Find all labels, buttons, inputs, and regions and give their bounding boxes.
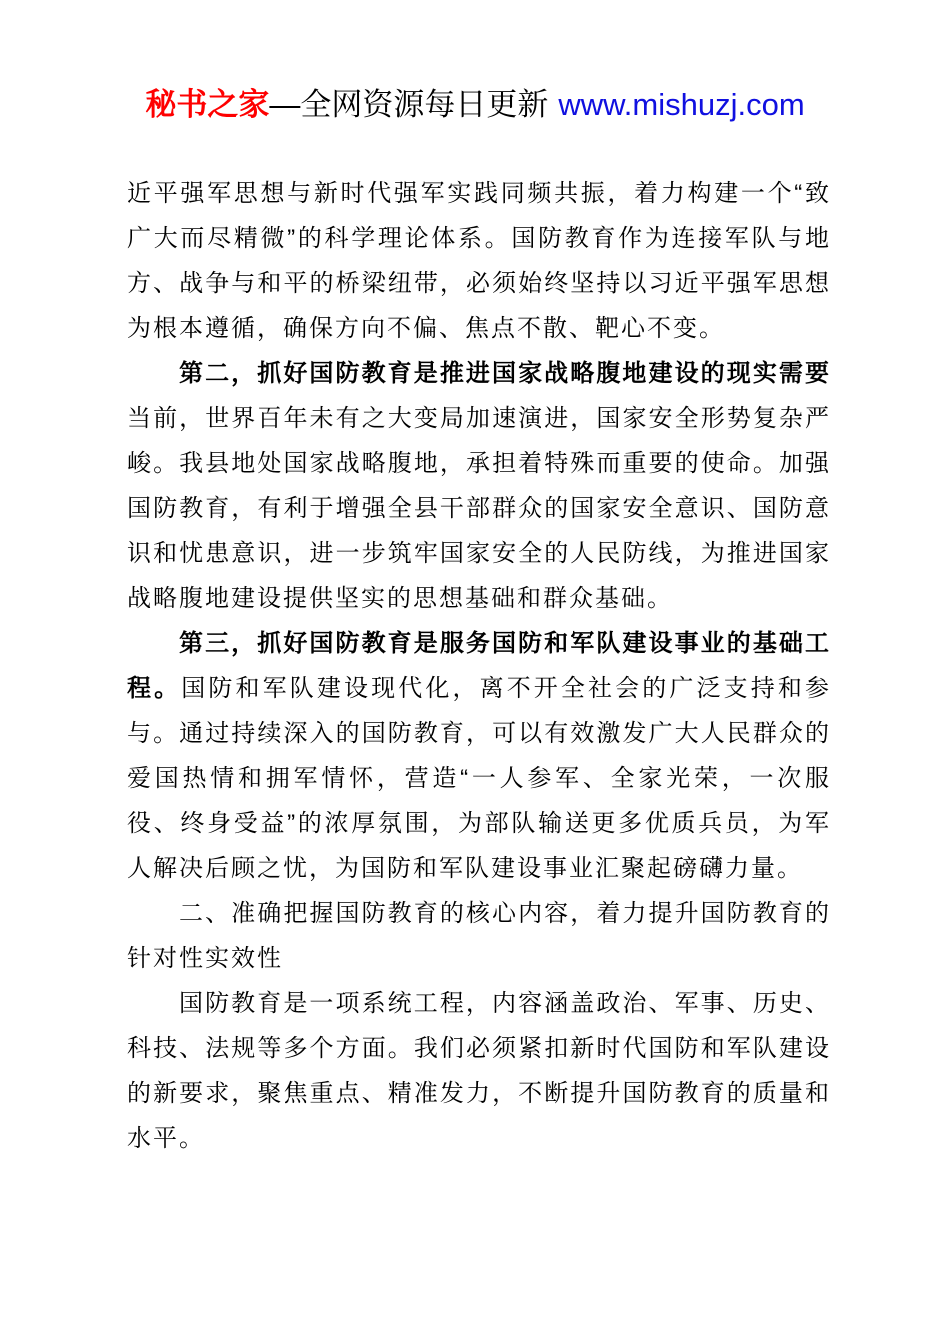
paragraph: 近平强军思想与新时代强军实践同频共振，着力构建一个“致广大而尽精微”的科学理论体…: [127, 171, 831, 351]
site-tagline: —全网资源每日更新: [269, 87, 548, 122]
site-header: 秘书之家—全网资源每日更新www.mishuzj.com: [0, 0, 950, 124]
document-page: 秘书之家—全网资源每日更新www.mishuzj.com 近平强军思想与新时代强…: [0, 0, 950, 1344]
paragraph: 第二，抓好国防教育是推进国家战略腹地建设的现实需要当前，世界百年未有之大变局加速…: [127, 351, 831, 621]
paragraph-text: 国防和军队建设现代化，离不开全社会的广泛支持和参与。通过持续深入的国防教育，可以…: [127, 675, 831, 882]
site-brand: 秘书之家: [145, 87, 269, 122]
paragraph-text: 当前，世界百年未有之大变局加速演进，国家安全形势复杂严峻。我县地处国家战略腹地，…: [127, 405, 831, 612]
paragraph-text: 国防教育是一项系统工程，内容涵盖政治、军事、历史、科技、法规等多个方面。我们必须…: [127, 990, 831, 1152]
paragraph-bold-lead: 第二，抓好国防教育是推进国家战略腹地建设的现实需要: [179, 360, 831, 387]
paragraph: 第三，抓好国防教育是服务国防和军队建设事业的基础工程。国防和军队建设现代化，离不…: [127, 621, 831, 891]
document-body: 近平强军思想与新时代强军实践同频共振，着力构建一个“致广大而尽精微”的科学理论体…: [127, 171, 831, 1161]
site-url-link[interactable]: www.mishuzj.com: [558, 87, 804, 122]
paragraph-text: 近平强军思想与新时代强军实践同频共振，着力构建一个“致广大而尽精微”的科学理论体…: [127, 180, 831, 342]
paragraph-text: 二、准确把握国防教育的核心内容，着力提升国防教育的针对性实效性: [127, 900, 831, 972]
paragraph: 二、准确把握国防教育的核心内容，着力提升国防教育的针对性实效性: [127, 891, 831, 981]
paragraph: 国防教育是一项系统工程，内容涵盖政治、军事、历史、科技、法规等多个方面。我们必须…: [127, 981, 831, 1161]
